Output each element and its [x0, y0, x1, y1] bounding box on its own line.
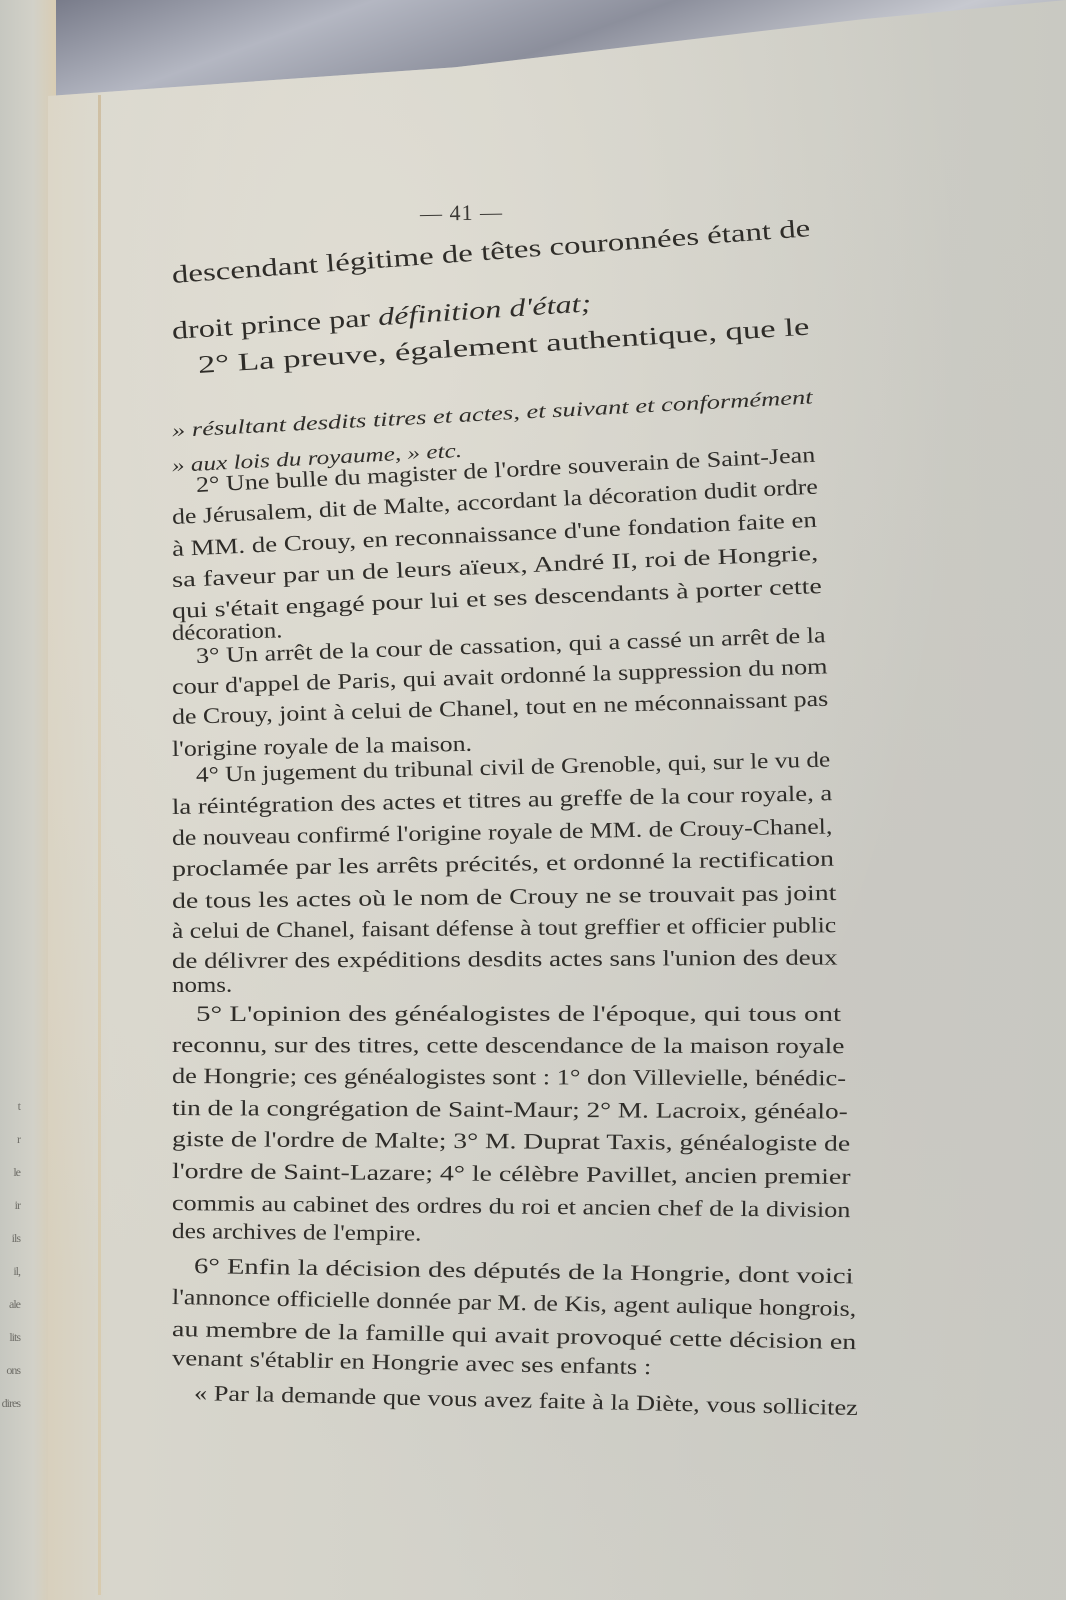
text-line: giste de l'ordre de Malte; 3° M. Duprat … — [172, 1126, 850, 1157]
bleed-fragment: lits — [0, 1321, 20, 1354]
bleed-fragment: r — [0, 1123, 20, 1156]
bleed-fragment: t — [0, 1090, 20, 1123]
gutter-stain — [98, 95, 101, 1595]
page-number: — 41 — — [420, 199, 503, 226]
previous-page-text-bleed: trleirilsil,alelitsonsdires — [0, 1090, 20, 1490]
text-line: de Hongrie; ces généalogistes sont : 1° … — [172, 1063, 846, 1091]
text-line: noms. — [172, 972, 232, 998]
previous-page-edge: trleirilsil,alelitsonsdires — [0, 0, 56, 1600]
text-line: des archives de l'empire. — [172, 1218, 422, 1247]
bleed-fragment: ale — [0, 1288, 20, 1321]
bleed-fragment: le — [0, 1156, 20, 1189]
bleed-fragment: il, — [0, 1255, 20, 1288]
text-line: de délivrer des expéditions desdits acte… — [172, 945, 838, 974]
bleed-fragment: ils — [0, 1222, 20, 1255]
bleed-fragment: ons — [0, 1354, 20, 1387]
text-line: tin de la congrégation de Saint-Maur; 2°… — [172, 1095, 848, 1125]
bleed-fragment: dires — [0, 1387, 20, 1420]
text-line: 5° L'opinion des généalogistes de l'époq… — [196, 1001, 841, 1027]
text-line: reconnu, sur des titres, cette descendan… — [172, 1032, 845, 1059]
bleed-fragment: ir — [0, 1189, 20, 1222]
